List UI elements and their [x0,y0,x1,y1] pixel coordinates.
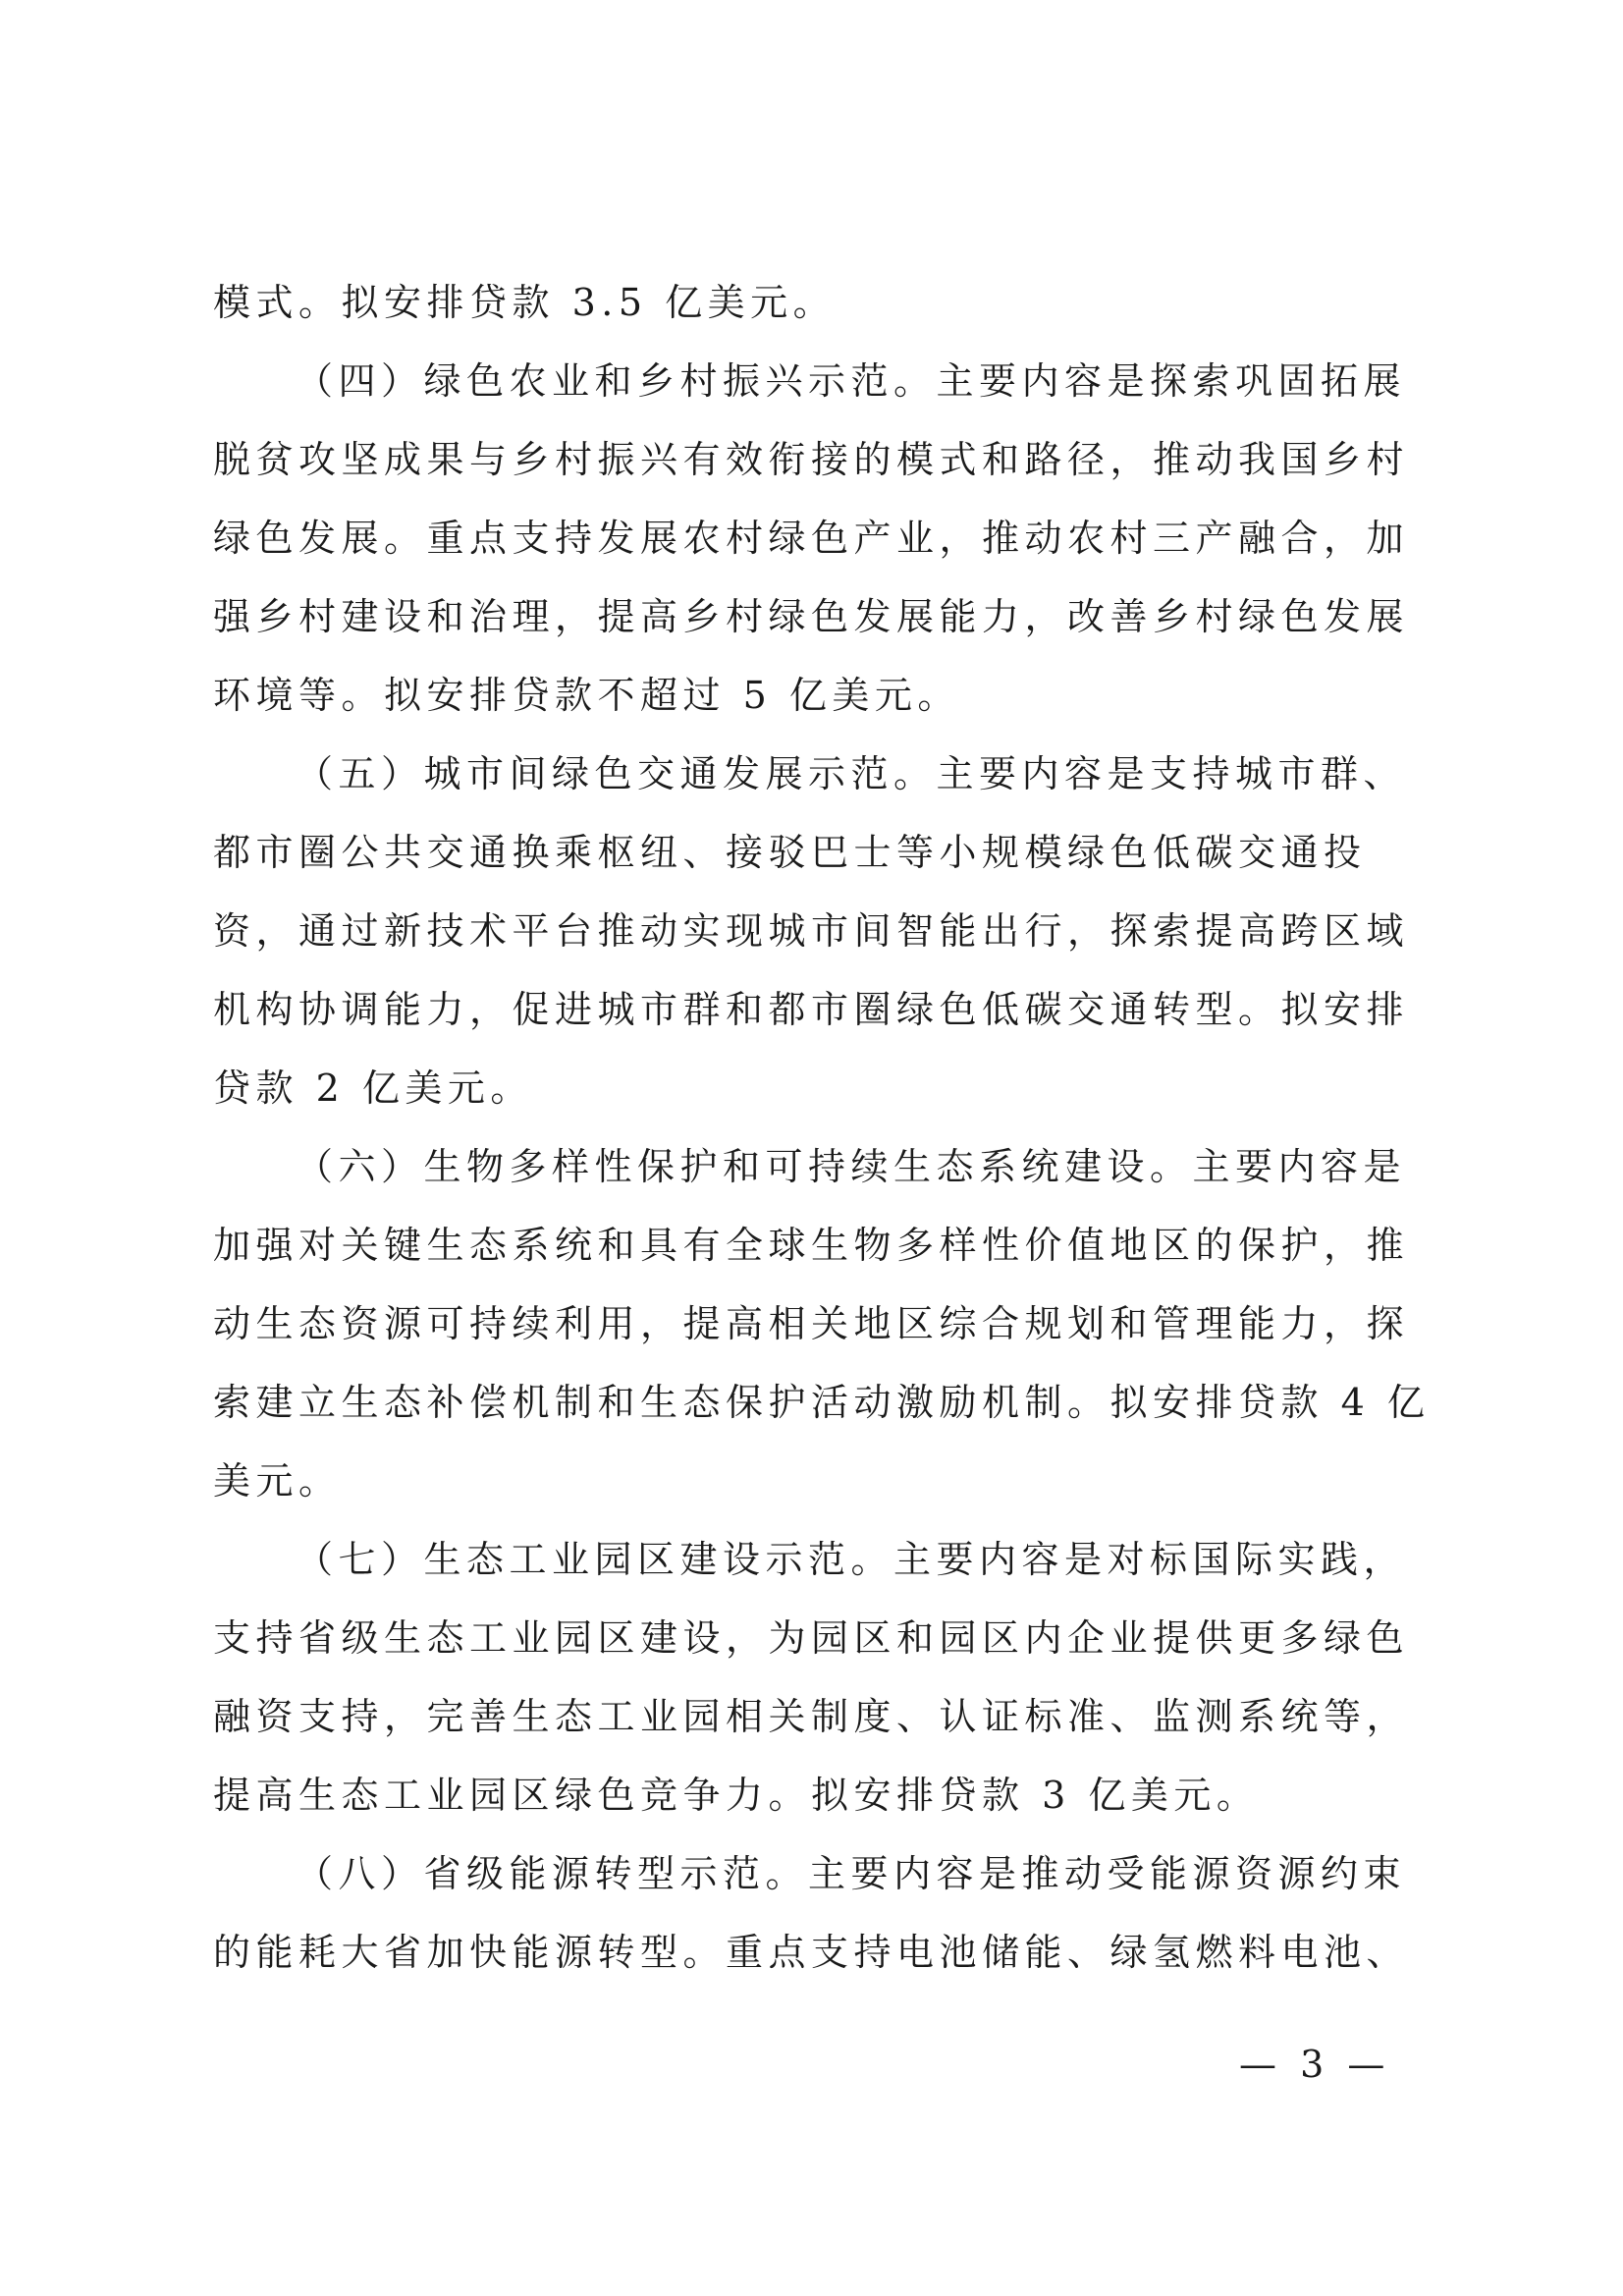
text-line: 美元。 [213,1442,1409,1520]
section-4-heading-line: （四）绿色农业和乡村振兴示范。主要内容是探索巩固拓展 [213,342,1409,420]
text-line: 索建立生态补偿机制和生态保护活动激励机制。拟安排贷款 4 亿 [213,1363,1409,1442]
text-line: 脱贫攻坚成果与乡村振兴有效衔接的模式和路径，推动我国乡村 [213,420,1409,499]
section-8-heading-line: （八）省级能源转型示范。主要内容是推动受能源资源约束 [213,1834,1409,1913]
text-line: 绿色发展。重点支持发展农村绿色产业，推动农村三产融合，加 [213,499,1409,577]
text-line: 动生态资源可持续利用，提高相关地区综合规划和管理能力，探 [213,1285,1409,1363]
text-line: 资，通过新技术平台推动实现城市间智能出行，探索提高跨区域 [213,892,1409,970]
page-number: — 3 — [1239,2043,1390,2086]
document-body: 模式。拟安排贷款 3.5 亿美元。 （四）绿色农业和乡村振兴示范。主要内容是探索… [213,263,1409,1992]
text-line: 模式。拟安排贷款 3.5 亿美元。 [213,263,1409,342]
text-line: 贷款 2 亿美元。 [213,1049,1409,1127]
text-line: 提高生态工业园区绿色竞争力。拟安排贷款 3 亿美元。 [213,1756,1409,1834]
text-line: 机构协调能力，促进城市群和都市圈绿色低碳交通转型。拟安排 [213,970,1409,1049]
text-line: 环境等。拟安排贷款不超过 5 亿美元。 [213,656,1409,735]
text-line: 的能耗大省加快能源转型。重点支持电池储能、绿氢燃料电池、 [213,1913,1409,1992]
section-5-heading-line: （五）城市间绿色交通发展示范。主要内容是支持城市群、 [213,735,1409,813]
text-line: 支持省级生态工业园区建设，为园区和园区内企业提供更多绿色 [213,1599,1409,1677]
text-line: 融资支持，完善生态工业园相关制度、认证标准、监测系统等， [213,1677,1409,1756]
section-7-heading-line: （七）生态工业园区建设示范。主要内容是对标国际实践， [213,1520,1409,1599]
text-line: 强乡村建设和治理，提高乡村绿色发展能力，改善乡村绿色发展 [213,577,1409,656]
section-6-heading-line: （六）生物多样性保护和可持续生态系统建设。主要内容是 [213,1127,1409,1206]
text-line: 都市圈公共交通换乘枢纽、接驳巴士等小规模绿色低碳交通投 [213,813,1409,892]
text-line: 加强对关键生态系统和具有全球生物多样性价值地区的保护，推 [213,1206,1409,1285]
